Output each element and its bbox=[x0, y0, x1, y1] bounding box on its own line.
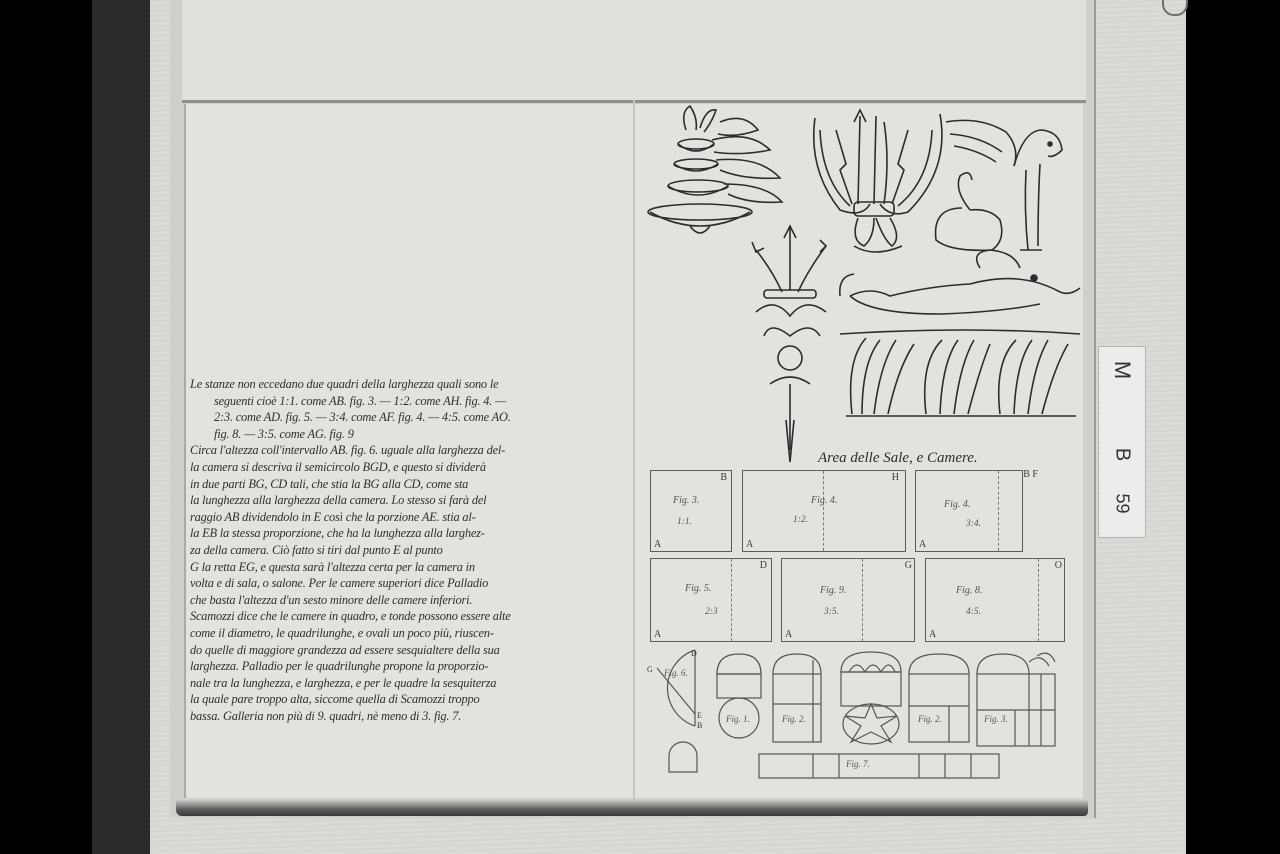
text-line: come il diametro, le quadrilunghe, e ova… bbox=[190, 625, 630, 642]
svg-text:D: D bbox=[691, 649, 697, 658]
book-bottom-edge bbox=[176, 800, 1088, 816]
griffin-icon bbox=[936, 120, 1062, 250]
floor-plan-figure: A D Fig. 5. 2:3 bbox=[650, 558, 772, 642]
trident-candelabrum-icon bbox=[752, 226, 826, 462]
text-line: fig. 8. — 3:5. come AG. fig. 9 bbox=[190, 426, 630, 443]
star-vault-room-icon bbox=[841, 652, 901, 744]
floor-plan-figure: A B F Fig. 4. 3:4. bbox=[915, 470, 1023, 552]
round-vault-room-icon bbox=[909, 654, 969, 742]
fig-label: Fig. 7. bbox=[846, 759, 870, 769]
text-line: in due parti BG, CD tali, che stia la BG… bbox=[190, 476, 630, 493]
fig-label: Fig. 6. bbox=[664, 668, 688, 678]
svg-text:B: B bbox=[697, 721, 702, 730]
photo-viewer: Le stanze non eccedano due quadri della … bbox=[0, 0, 1280, 854]
floor-plan-figure: A O Fig. 8. 4:5. bbox=[925, 558, 1065, 642]
barrel-vault-room-icon bbox=[773, 654, 821, 742]
fig-label: Fig. 3. bbox=[984, 714, 1008, 724]
floor-plan-figure: A G Fig. 9. 3:5. bbox=[781, 558, 915, 642]
acanthus-frieze-icon bbox=[840, 330, 1080, 416]
dark-film-margin bbox=[92, 0, 150, 854]
text-line: seguenti cioè 1:1. come AB. fig. 3. — 1:… bbox=[190, 393, 630, 410]
floor-plan-figure: A H Fig. 4. 1:2. bbox=[742, 470, 906, 552]
text-line: za della camera. Ciò fatto si tiri dal p… bbox=[190, 542, 630, 559]
square-vault-room-icon bbox=[717, 654, 761, 738]
text-line: che basta l'altezza d'un sesto minore de… bbox=[190, 592, 630, 609]
dolphin-icon bbox=[840, 250, 1080, 314]
shelfmark-label: M B 59 bbox=[1098, 346, 1146, 538]
text-line: la quale pare troppo alta, siccome quell… bbox=[190, 691, 630, 708]
text-line: volta e di sala, o salone. Per le camere… bbox=[190, 575, 630, 592]
text-line: la camera si descriva il semicircolo BGD… bbox=[190, 459, 630, 476]
text-line: la EB la stessa proporzione, che ha la l… bbox=[190, 525, 630, 542]
text-line: la lunghezza alla larghezza della camera… bbox=[190, 492, 630, 509]
fig-label: Fig. 2. bbox=[782, 714, 806, 724]
text-line: Le stanze non eccedano due quadri della … bbox=[190, 376, 630, 393]
folded-top-flap bbox=[182, 0, 1086, 103]
text-line: 2:3. come AD. fig. 5. — 3:4. come AF. fi… bbox=[190, 409, 630, 426]
svg-text:G: G bbox=[647, 665, 653, 674]
ornament-sketches bbox=[640, 100, 1090, 470]
winged-thunderbolt-icon bbox=[814, 110, 942, 252]
handwritten-text: Le stanze non eccedano due quadri della … bbox=[190, 376, 630, 724]
fountain-ornament-icon bbox=[648, 106, 782, 233]
floor-plan-figure: A B Fig. 3. 1:1. bbox=[650, 470, 732, 552]
text-line: bassa. Galleria non più di 9. quadri, nè… bbox=[190, 708, 630, 725]
fig-label: Fig. 2. bbox=[918, 714, 942, 724]
gallery-plan-icon bbox=[759, 754, 999, 778]
text-line: Scamozzi dice che le camere in quadro, e… bbox=[190, 608, 630, 625]
drawing-caption: Area delle Sale, e Camere. bbox=[818, 450, 978, 467]
text-line: Circa l'altezza coll'intervallo AB. fig.… bbox=[190, 442, 630, 459]
fig-label: Fig. 1. bbox=[726, 714, 750, 724]
text-line: do quelle di maggiore grandezza ad esser… bbox=[190, 642, 630, 659]
multi-vault-room-icon bbox=[977, 653, 1055, 746]
text-line: larghezza. Palladio per le quadrilunghe … bbox=[190, 658, 630, 675]
text-line: G la retta EG, e questa sarà l'altezza c… bbox=[190, 559, 630, 576]
page-gutter bbox=[633, 100, 635, 800]
svg-text:E: E bbox=[697, 711, 702, 720]
text-line: nale tra la lunghezza, e larghezza, e pe… bbox=[190, 675, 630, 692]
text-line: raggio AB dividendolo in E così che la p… bbox=[190, 509, 630, 526]
